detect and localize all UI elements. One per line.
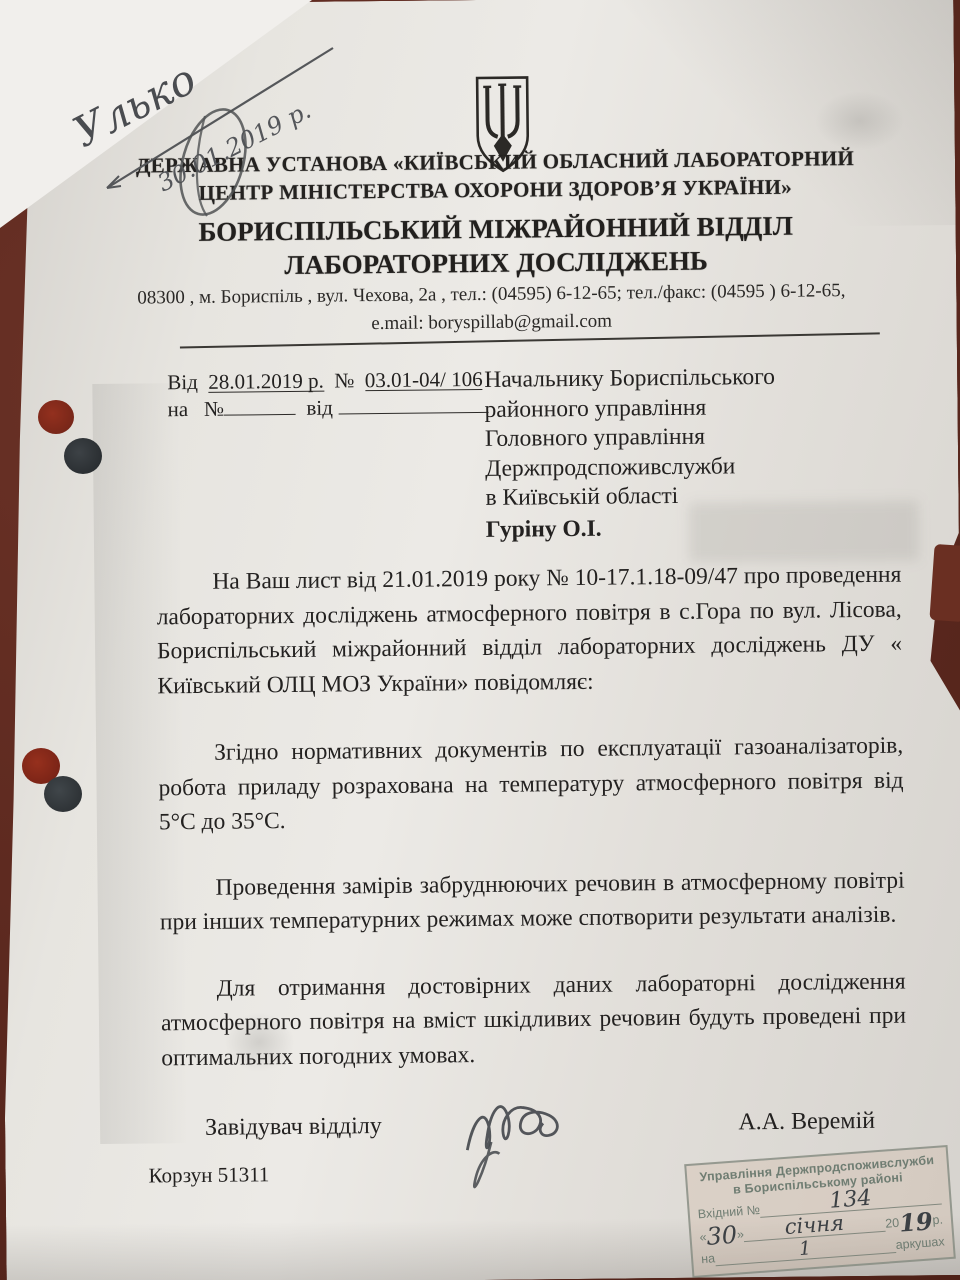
photo-of-document: { "colors": { "table_background": "#5e2a…	[0, 0, 960, 1280]
punch-hole	[38, 400, 74, 434]
addressee-line: районного управління	[484, 392, 775, 425]
reference-line2: на № від	[167, 393, 488, 423]
signature-scribble	[453, 1085, 594, 1216]
addressee-line: Начальнику Бориспільського	[484, 363, 775, 396]
stamp-day: 30	[706, 1228, 738, 1245]
paper-smudge	[814, 91, 905, 152]
signer-title: Завідувач відділу	[205, 1113, 382, 1142]
punch-hole	[44, 776, 82, 812]
punch-hole	[64, 438, 102, 474]
addressee-line: в Київській області	[485, 481, 776, 514]
paragraph-4: Для отримання достовірних даних лаборато…	[160, 964, 906, 1075]
stamp-sheets: 1	[798, 1237, 812, 1260]
outgoing-date: 28.01.2019 р.	[208, 371, 324, 393]
reference-line1: Від 28.01.2019 р. № 03.01-04/ 106	[167, 366, 488, 396]
stamp-year-prefix: 20	[885, 1216, 900, 1232]
reply-from-label: від	[306, 396, 333, 420]
addressee-line: Держпродспоживслужби	[485, 451, 776, 484]
addressee-name: Гуріну О.І.	[486, 512, 777, 545]
stamp-year: 19	[899, 1213, 933, 1230]
reply-number-blank	[224, 414, 296, 416]
stamp-in-label: Вхідний №	[697, 1203, 760, 1223]
reply-date-blank	[338, 412, 488, 415]
addressee-line: Головного управління	[485, 422, 776, 455]
reference-block: Від 28.01.2019 р. № 03.01-04/ 106 на № в…	[167, 366, 488, 423]
outgoing-number: 03.01-04/ 106	[365, 369, 483, 391]
letter-body: На Ваш лист від 21.01.2019 року № 10-17.…	[156, 558, 906, 1090]
stamp-month: січня	[784, 1211, 845, 1239]
executor-note: Корзун 51311	[148, 1162, 269, 1188]
stamp-sheets-pre: на	[701, 1251, 716, 1267]
page-edge-gap	[929, 544, 960, 622]
stamp-year-suffix: р.	[932, 1213, 944, 1229]
stamp-sheets-post: аркушах	[895, 1234, 945, 1253]
stamp-in-number: 134	[829, 1186, 873, 1214]
from-label: Від	[167, 370, 198, 394]
handwritten-resolution: Улько 30.01.2019 р.	[55, 20, 395, 250]
address-line: 08300 , м. Бориспіль , вул. Чехова, 2а ,…	[86, 280, 896, 310]
signer-name: А.А. Веремій	[738, 1108, 875, 1136]
paragraph-1: На Ваш лист від 21.01.2019 року № 10-17.…	[156, 558, 902, 704]
addressee-block: Начальнику Бориспільського районного упр…	[484, 363, 777, 545]
reply-label: на	[167, 397, 188, 421]
paragraph-3: Проведення замірів забруднюючих речовин …	[159, 863, 905, 940]
resolution-date-text: 30.01.2019 р.	[153, 96, 315, 197]
number-label: №	[334, 368, 354, 392]
reply-no-label: №	[204, 397, 224, 421]
incoming-stamp: Управління Держпродспоживслужби в Борисп…	[684, 1145, 956, 1278]
paragraph-2: Згідно нормативних документів по експлуа…	[158, 729, 904, 840]
